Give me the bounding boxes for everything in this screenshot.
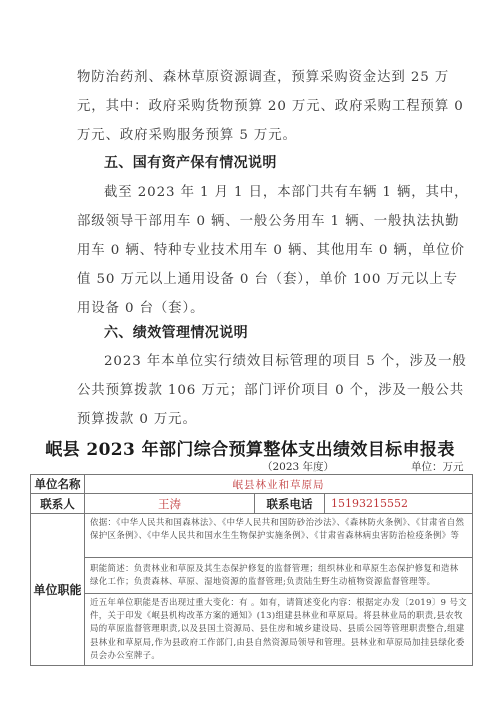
function-summary-text: 职能简述：负责林业和草原及其生态保护修复的监督管理；组织林业和草原生态保护修复和… <box>85 558 473 594</box>
report-unit: 单位：万元 <box>411 459 464 474</box>
paragraph-line: 用设备 0 台（套）。 <box>77 297 204 316</box>
section-heading-performance: 六、绩效管理情况说明 <box>104 322 248 342</box>
performance-target-table: 单位名称 岷县林业和草原局 联系人 王涛 联系电话 15193215552 单位… <box>30 474 473 666</box>
phone-value: 15193215552 <box>325 494 473 514</box>
section-heading-assets: 五、国有资产保有情况说明 <box>104 152 277 172</box>
table-row: 单位名称 岷县林业和草原局 <box>31 475 473 494</box>
paragraph-line: 截至 2023 年 1 月 1 日，本部门共有车辆 1 辆，其中， <box>104 181 468 200</box>
paragraph-line: 用车 0 辆、特种专业技术用车 0 辆、其他用车 0 辆，单位价 <box>77 239 465 258</box>
phone-label: 联系电话 <box>255 494 325 514</box>
table-row: 联系人 王涛 联系电话 15193215552 <box>31 494 473 514</box>
unit-name-value: 岷县林业和草原局 <box>85 475 473 494</box>
paragraph-line: 部级领导干部用车 0 辆、一般公务用车 1 辆、一般执法执勤 <box>77 210 459 229</box>
paragraph-line: 公共预算拨款 106 万元；部门评价项目 0 个，涉及一般公共 <box>77 379 464 398</box>
paragraph-line: 物防治药剂、森林草原资源调查，预算采购资金达到 25 万 <box>77 66 449 85</box>
report-title: 岷县 2023 年部门综合预算整体支出绩效目标申报表 <box>0 435 500 460</box>
paragraph-line: 万元、政府采购服务预算 5 万元。 <box>77 124 297 143</box>
contact-label: 联系人 <box>31 494 85 514</box>
document-page: 物防治药剂、森林草原资源调查，预算采购资金达到 25 万 元，其中：政府采购货物… <box>0 0 500 707</box>
paragraph-line: 预算拨款 0 万元。 <box>77 408 197 427</box>
unit-name-label: 单位名称 <box>31 475 85 494</box>
basis-text: 依据：《中华人民共和国森林法》、《中华人民共和国防砂治沙法》、《森林防火条例》、… <box>85 514 473 558</box>
paragraph-line: 元，其中：政府采购货物预算 20 万元、政府采购工程预算 0 <box>77 95 464 114</box>
table-row: 近五年单位职能是否出现过重大变化：有 。如有，请简述变化内容：根据定办发〔201… <box>31 594 473 666</box>
duty-label: 单位职能 <box>31 514 85 666</box>
table-row: 职能简述：负责林业和草原及其生态保护修复的监督管理；组织林业和草原生态保护修复和… <box>31 558 473 594</box>
paragraph-line: 值 50 万元以上通用设备 0 台（套），单价 100 万元以上专 <box>77 268 458 287</box>
paragraph-line: 2023 年本单位实行绩效目标管理的项目 5 个，涉及一般 <box>104 350 467 369</box>
contact-value: 王涛 <box>85 494 255 514</box>
report-year: （2023 年度） <box>262 459 334 474</box>
changes-text: 近五年单位职能是否出现过重大变化：有 。如有，请简述变化内容：根据定办发〔201… <box>85 594 473 666</box>
table-row: 单位职能 依据：《中华人民共和国森林法》、《中华人民共和国防砂治沙法》、《森林防… <box>31 514 473 558</box>
